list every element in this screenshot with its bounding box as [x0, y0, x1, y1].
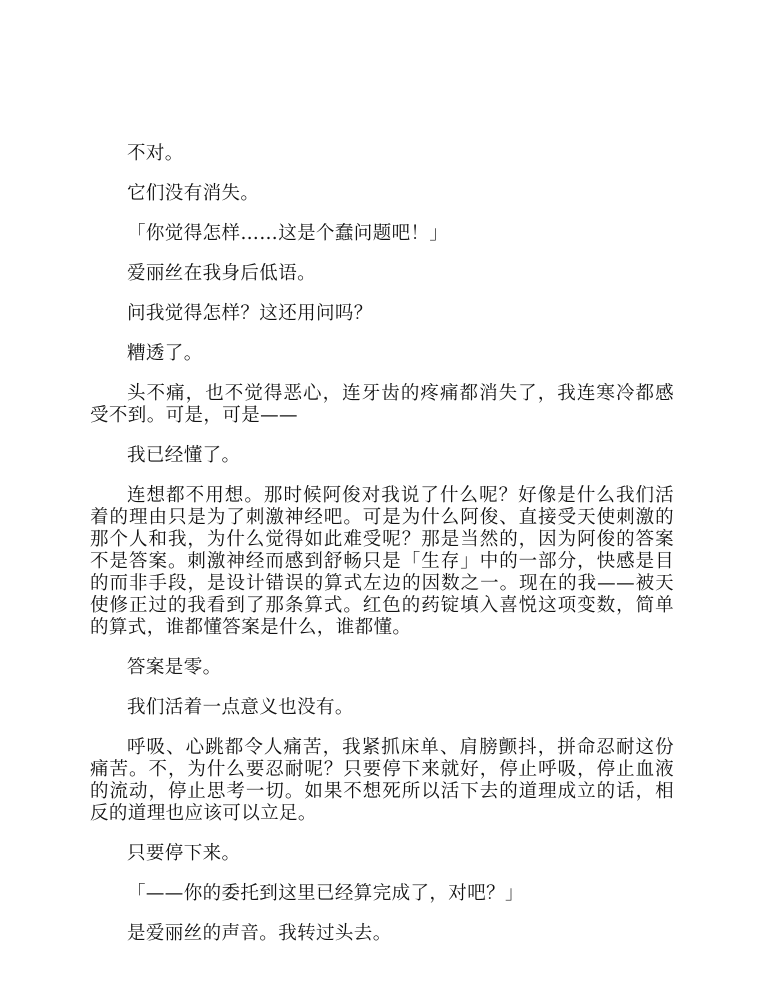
- paragraph: 答案是零。: [90, 657, 674, 679]
- paragraph: 爱丽丝在我身后低语。: [90, 263, 674, 285]
- paragraph: 连想都不用想。那时候阿俊对我说了什么呢？好像是什么我们活着的理由只是为了刺激神经…: [90, 485, 674, 639]
- paragraph: 只要停下来。: [90, 843, 674, 865]
- paragraph: 不对。: [90, 143, 674, 165]
- paragraph: 头不痛，也不觉得恶心，连牙齿的疼痛都消失了，我连寒冷都感受不到。可是，可是——: [90, 383, 674, 427]
- paragraph: 我们活着一点意义也没有。: [90, 697, 674, 719]
- dialogue-paragraph: 「——你的委托到这里已经算完成了，对吧？」: [90, 883, 674, 905]
- paragraph: 我已经懂了。: [90, 445, 674, 467]
- document-page: 不对。 它们没有消失。 「你觉得怎样……这是个蠢问题吧！」 爱丽丝在我身后低语。…: [90, 143, 674, 963]
- paragraph: 它们没有消失。: [90, 183, 674, 205]
- paragraph: 呼吸、心跳都令人痛苦，我紧抓床单、肩膀颤抖，拼命忍耐这份痛苦。不，为什么要忍耐呢…: [90, 737, 674, 825]
- paragraph: 糟透了。: [90, 343, 674, 365]
- paragraph: 问我觉得怎样？这还用问吗？: [90, 303, 674, 325]
- dialogue-paragraph: 「你觉得怎样……这是个蠢问题吧！」: [90, 223, 674, 245]
- paragraph: 是爱丽丝的声音。我转过头去。: [90, 923, 674, 945]
